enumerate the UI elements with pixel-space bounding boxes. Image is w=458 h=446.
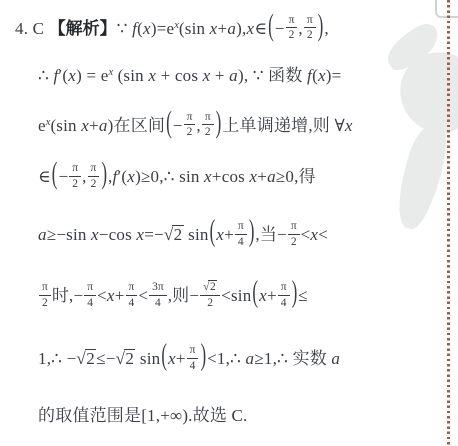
solution-line: ∈(−π2,π2),f′(x)≥0,∴ sin x+cos x+a≥0,得 <box>38 149 434 205</box>
solution-line: 4. C 【解析】∵ f(x)=ex(sin x+a),x∈(−π2,π2), <box>15 3 434 49</box>
solution-line: a≥−sin x−cos x=−√2 sin(x+π4),当−π2<x< <box>38 205 434 265</box>
solution-line: 1,∴ −√2≤−√2 sin(x+π4)<1,∴ a≥1,∴ 实数 a <box>38 327 434 391</box>
solution-line: ex(sin x+a)在区间(−π2,π2)上单调递增,则 ∀x <box>38 97 434 149</box>
page: { "page": { "bg": "#ffffff", "text_color… <box>0 0 458 446</box>
solution-line: ∴ f′(x) = ex (sin x + cos x + a), ∵ 函数 f… <box>38 49 434 97</box>
solution-text: 4. C 【解析】∵ f(x)=ex(sin x+a),x∈(−π2,π2),∴… <box>15 3 434 441</box>
solution-line: π2时,−π4<x+π4<3π4,则−√22<sin(x+π4)≤ <box>38 265 434 327</box>
dotted-divider-line <box>447 0 450 446</box>
solution-line: 的取值范围是[1,+∞).故选 C. <box>38 391 434 441</box>
